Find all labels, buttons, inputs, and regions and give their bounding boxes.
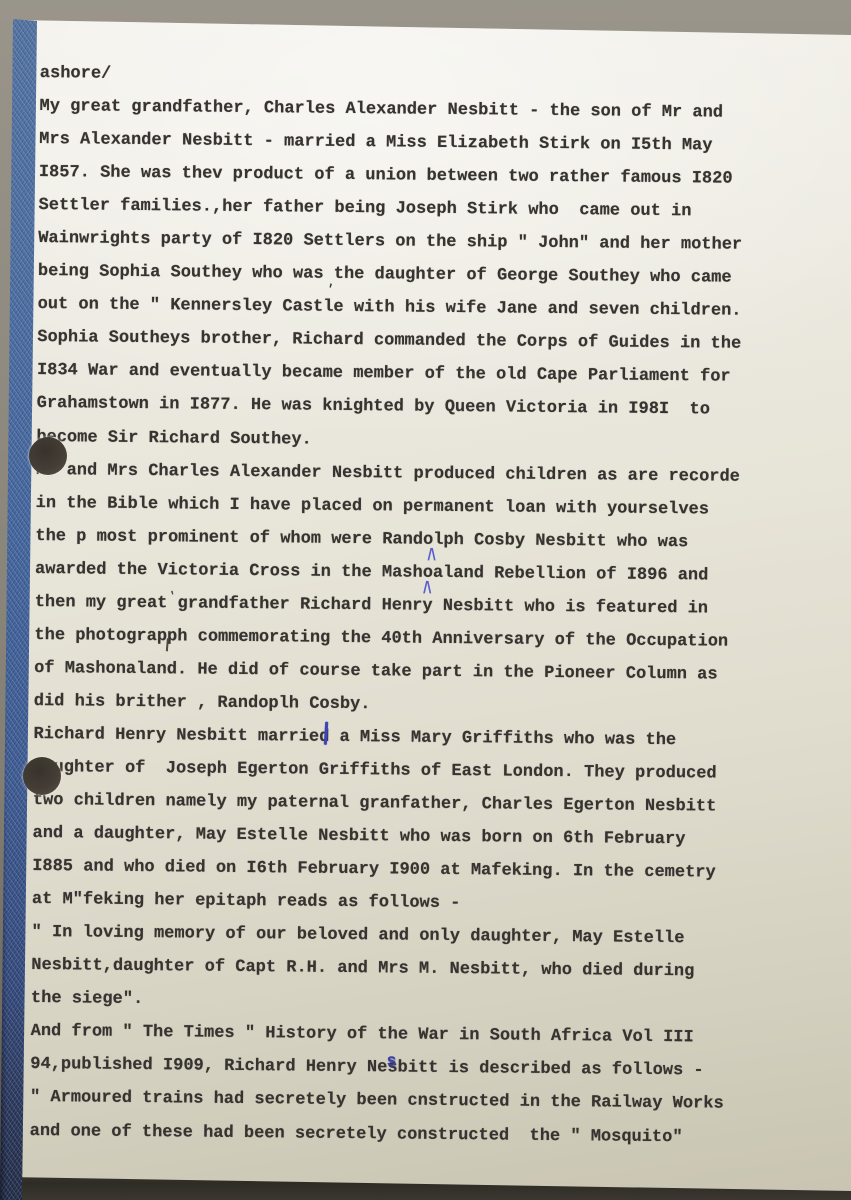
blue-ink-caret-henry: ^	[423, 578, 432, 610]
hole-punch-top	[29, 437, 67, 475]
typewritten-text: ashore/ My great grandfather, Charles Al…	[30, 57, 830, 1155]
blue-ink-s-overstrike: s	[386, 1052, 396, 1071]
blue-ink-caret-mashonaland: ^	[427, 545, 436, 577]
photographed-document: ashore/ My great grandfather, Charles Al…	[0, 0, 851, 1200]
hole-punch-bottom	[23, 757, 61, 795]
